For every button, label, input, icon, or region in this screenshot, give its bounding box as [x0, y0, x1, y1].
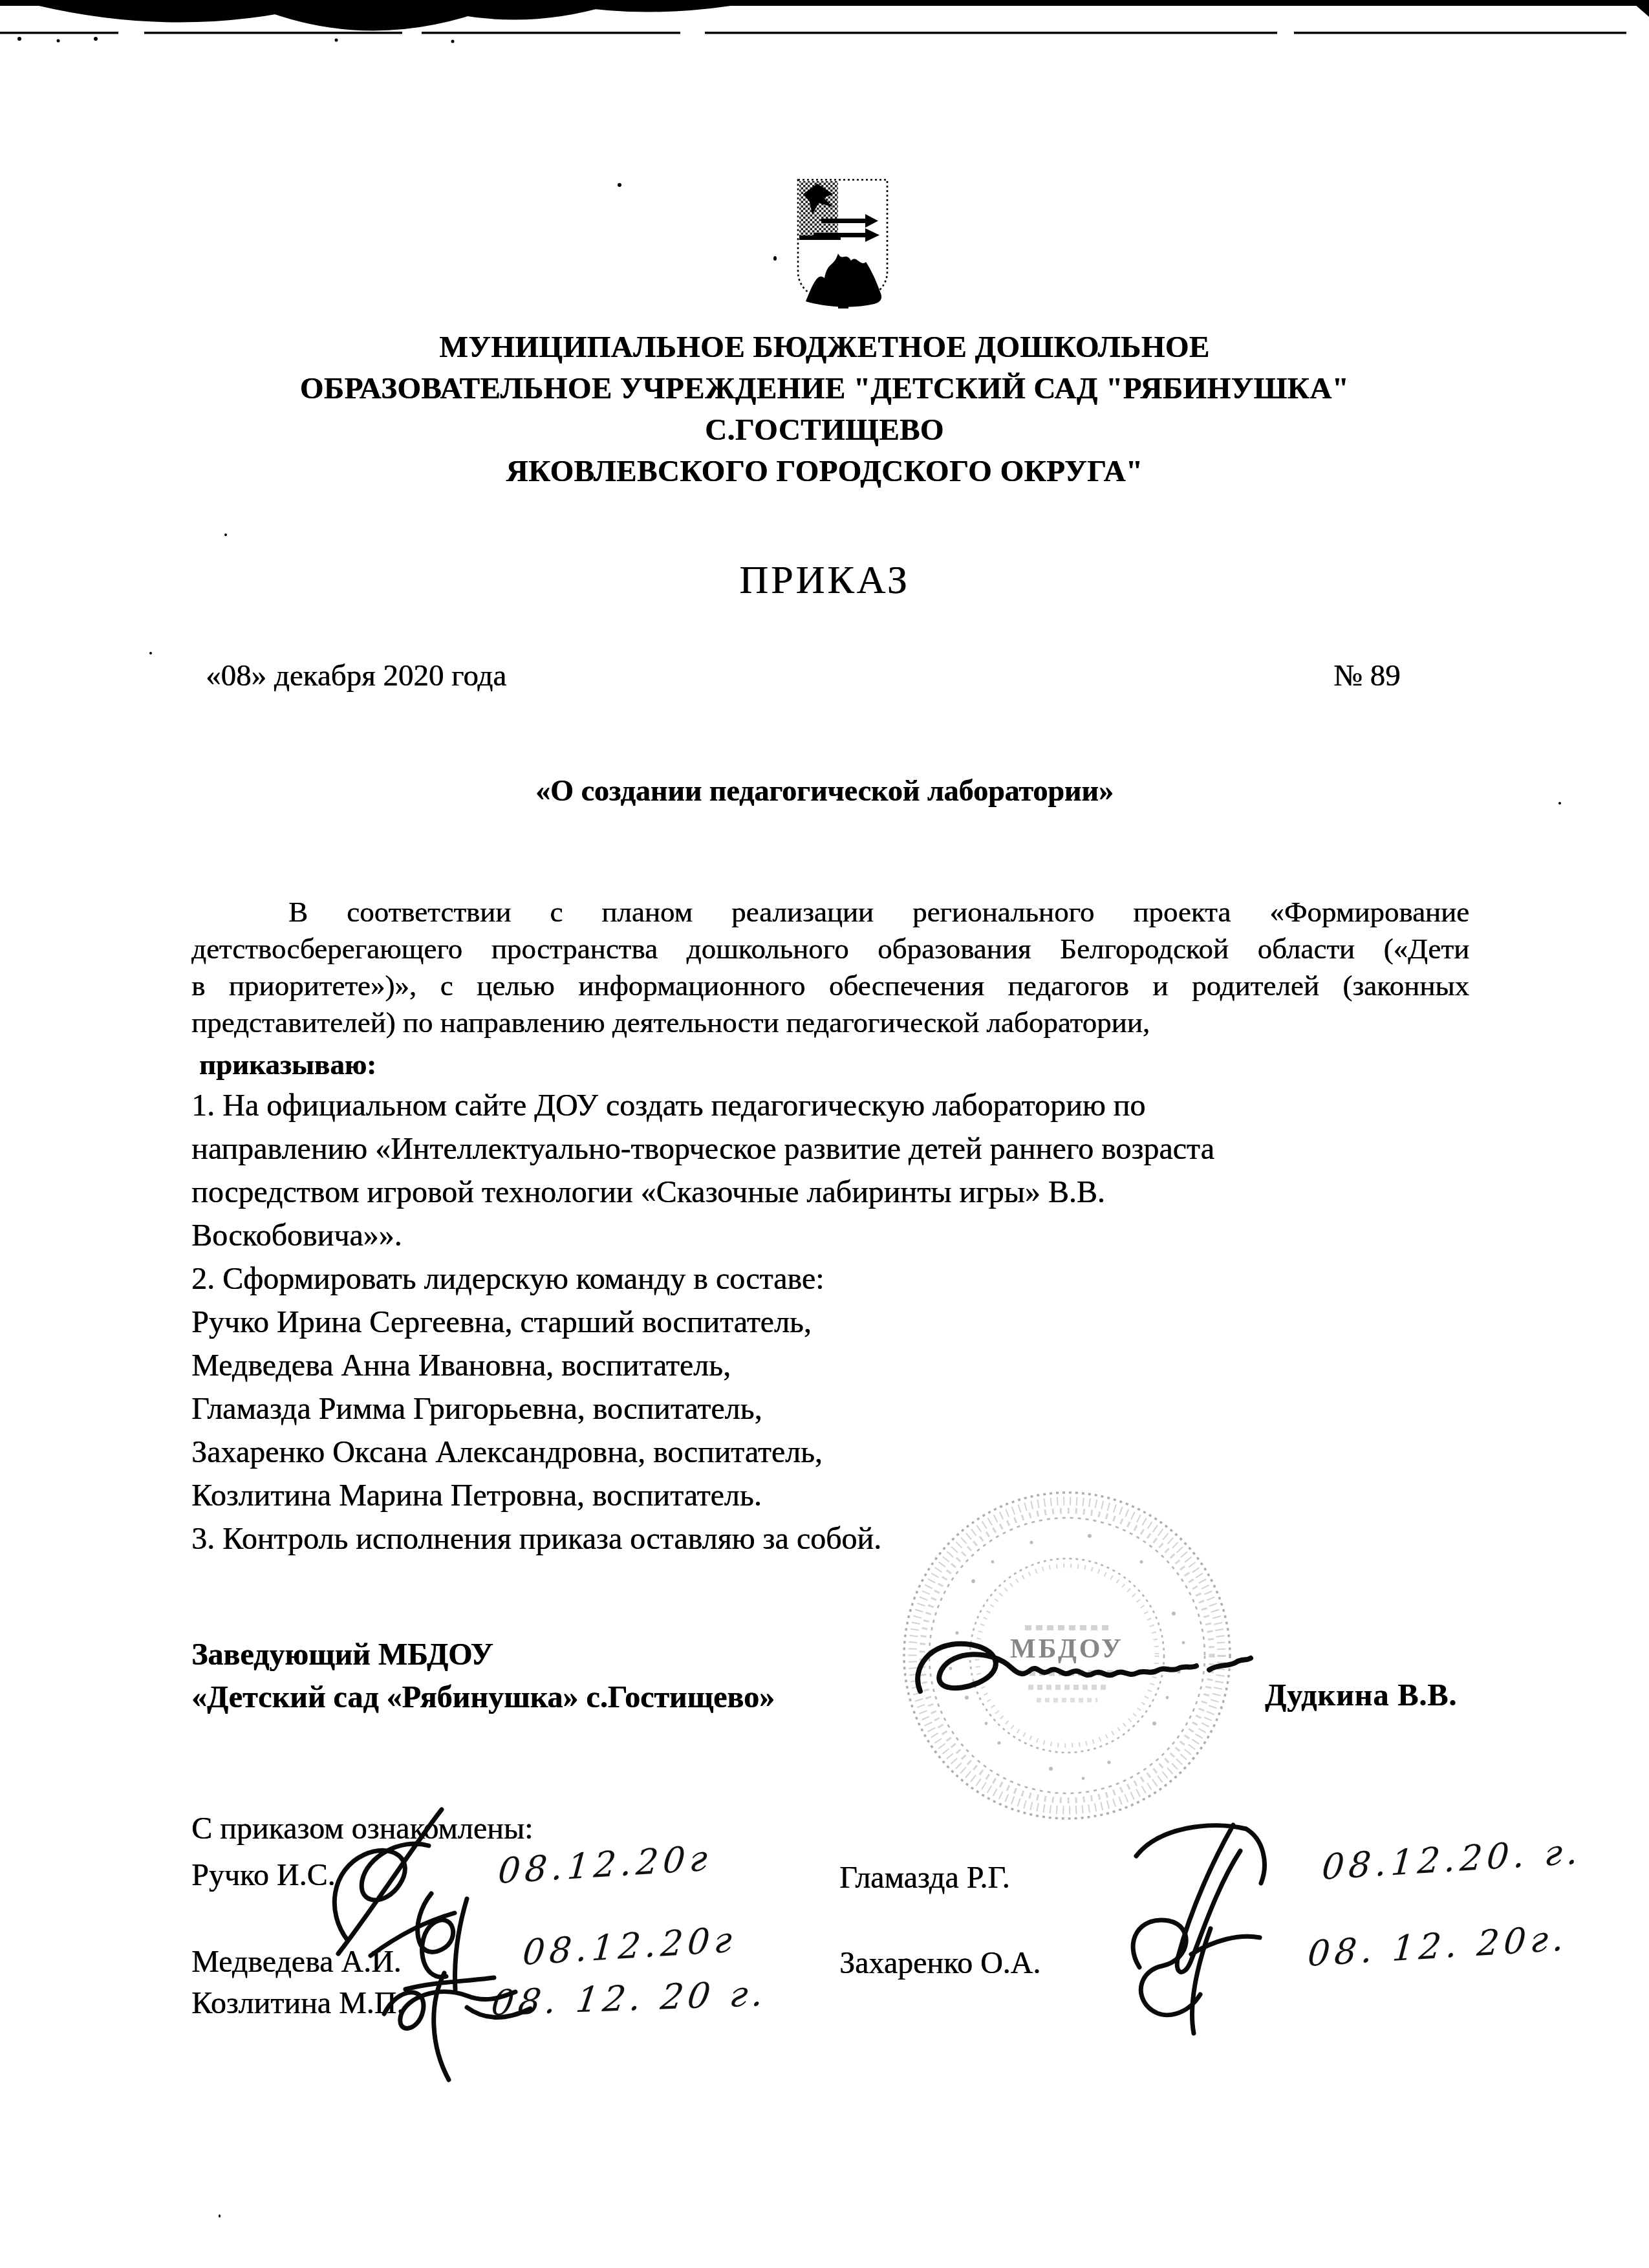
intro-paragraph: В соответствии с планом реализации регио…	[191, 894, 1469, 1041]
ack-name-glamazda: Гламазда Р.Г.	[839, 1860, 1010, 1895]
institution-name-line-2: ОБРАЗОВАТЕЛЬНОЕ УЧРЕЖДЕНИЕ "ДЕТСКИЙ САД …	[0, 368, 1649, 409]
director-signature	[904, 1630, 1266, 1727]
ack-name-zaharenko: Захаренко О.А.	[839, 1945, 1040, 1981]
intro-line-1: В соответствии с планом реализации регио…	[191, 894, 1469, 931]
order-line-11: 3. Контроль исполнения приказа оставляю …	[191, 1517, 1485, 1561]
scanned-order-document: МУНИЦИПАЛЬНОЕ БЮДЖЕТНОЕ ДОШКОЛЬНОЕ ОБРАЗ…	[0, 0, 1649, 2268]
order-word: приказываю:	[199, 1048, 376, 1081]
intro-line-4: представителей) по направлению деятельно…	[191, 1004, 1469, 1041]
order-line-1: 1. На официальном сайте ДОУ создать педа…	[191, 1084, 1485, 1127]
scan-speck	[618, 183, 621, 187]
director-position-line-2: «Детский сад «Рябинушка» с.Гостищево»	[191, 1676, 775, 1719]
municipal-coat-of-arms-icon	[794, 176, 891, 308]
intro-line-3: в приоритете»)», с целью информационного…	[191, 967, 1469, 1004]
signature-zaharenko	[1094, 1890, 1275, 2045]
date-number-row: «08» декабря 2020 года № 89	[0, 658, 1649, 697]
order-line-4: Воскобовича»».	[191, 1214, 1485, 1257]
scan-speck	[773, 256, 777, 261]
ack-date-medvedeva: 08.12.20г	[521, 1919, 738, 1973]
institution-name-line-3: С.ГОСТИЩЕВО	[0, 409, 1649, 451]
scan-speck	[224, 534, 227, 536]
institution-name-line-4: ЯКОВЛЕВСКОГО ГОРОДСКОГО ОКРУГА"	[0, 451, 1649, 492]
order-line-8: Гламазда Римма Григорьевна, воспитатель,	[191, 1387, 1485, 1431]
order-line-3: посредством игровой технологии «Сказочны…	[191, 1171, 1485, 1214]
signatory-block: Заведующий МБДОУ «Детский сад «Рябинушка…	[191, 1634, 775, 1719]
scan-edge-artifact-top	[0, 0, 1649, 52]
order-line-2: направлению «Интеллектуально-творческое …	[191, 1127, 1485, 1171]
scan-speck	[1558, 802, 1561, 805]
order-subject: «О создании педагогической лаборатории»	[0, 773, 1649, 808]
ack-date-zaharenko: 08. 12. 20г.	[1306, 1917, 1570, 1974]
institution-name: МУНИЦИПАЛЬНОЕ БЮДЖЕТНОЕ ДОШКОЛЬНОЕ ОБРАЗ…	[0, 327, 1649, 492]
scan-speck	[149, 652, 152, 654]
order-line-6: Ручко Ирина Сергеевна, старший воспитате…	[191, 1301, 1485, 1344]
director-position-line-1: Заведующий МБДОУ	[191, 1634, 775, 1676]
institution-name-line-1: МУНИЦИПАЛЬНОЕ БЮДЖЕТНОЕ ДОШКОЛЬНОЕ	[0, 327, 1649, 368]
order-line-5: 2. Сформировать лидерскую команду в сост…	[191, 1257, 1485, 1301]
document-type-title: ПРИКАЗ	[0, 557, 1649, 603]
order-line-10: Козлитина Марина Петровна, воспитатель.	[191, 1474, 1485, 1517]
order-date: «08» декабря 2020 года	[206, 658, 506, 693]
order-line-9: Захаренко Оксана Александровна, воспитат…	[191, 1431, 1485, 1474]
director-name: Дудкина В.В.	[1265, 1678, 1457, 1713]
scan-speck	[219, 2214, 221, 2218]
order-line-7: Медведева Анна Ивановна, воспитатель,	[191, 1344, 1485, 1387]
order-number: № 89	[1333, 658, 1401, 693]
intro-line-2: детствосберегающего пространства дошколь…	[191, 931, 1469, 967]
ack-date-glamazda: 08.12.20. г.	[1320, 1831, 1584, 1888]
signature-kozlitina	[376, 1969, 538, 2053]
order-items: 1. На официальном сайте ДОУ создать педа…	[191, 1084, 1485, 1561]
